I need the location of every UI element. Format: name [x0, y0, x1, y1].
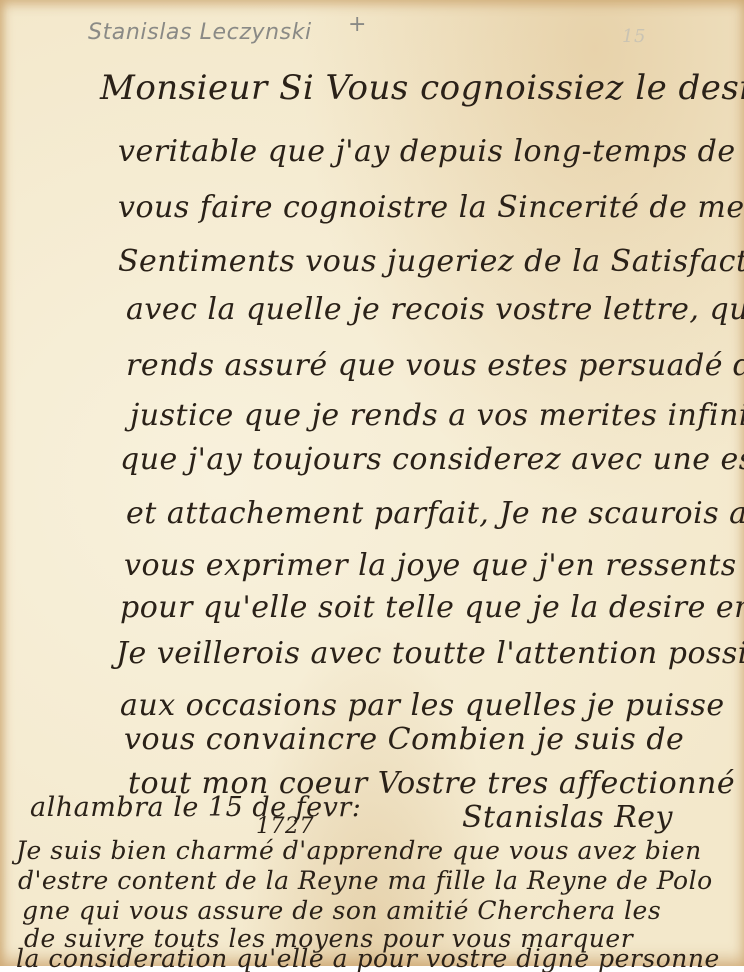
letter-line-9: et attachement parfait, Je ne scaurois a…: [126, 496, 744, 531]
pencil-annotation: Stanislas Leczynski: [88, 20, 312, 45]
letter-line-4: Sentiments vous jugeriez de la Satisfact…: [118, 244, 744, 279]
letter-line-14: vous convaincre Combien je suis de: [124, 722, 684, 757]
letter-line-12: Je veillerois avec toutte l'attention po…: [116, 636, 744, 671]
letter-line-3: vous faire cognoistre la Sincerité de me…: [118, 190, 744, 225]
postscript-line-1: Je suis bien charmé d'apprendre que vous…: [16, 836, 702, 865]
letter-line-10: vous exprimer la joye que j'en ressents …: [124, 548, 744, 583]
letter-line-11: pour qu'elle soit telle que je la desire…: [120, 590, 744, 625]
letter-line-6: rends assuré que vous estes persuadé de …: [126, 348, 744, 383]
letter-line-7: justice que je rends a vos merites infin…: [130, 398, 744, 433]
postscript-line-3: gne qui vous assure de son amitié Cherch…: [22, 896, 661, 925]
letter-line-1: Monsieur Si Vous cognoissiez le desir: [100, 68, 744, 108]
postscript-line-5: la consideration qu'elle a pour vostre d…: [16, 944, 720, 972]
letter-line-2: veritable que j'ay depuis long-temps de: [118, 134, 736, 169]
signature: Stanislas Rey: [462, 800, 673, 835]
postscript-line-2: d'estre content de la Reyne ma fille la …: [18, 866, 713, 895]
pencil-mark: +: [348, 12, 367, 37]
letter-line-5: avec la quelle je recois vostre lettre, …: [126, 292, 744, 327]
folio-number: 15: [622, 26, 646, 47]
letter-line-13: aux occasions par les quelles je puisse: [120, 688, 725, 723]
letter-line-8: que j'ay toujours considerez avec une es…: [120, 442, 744, 477]
